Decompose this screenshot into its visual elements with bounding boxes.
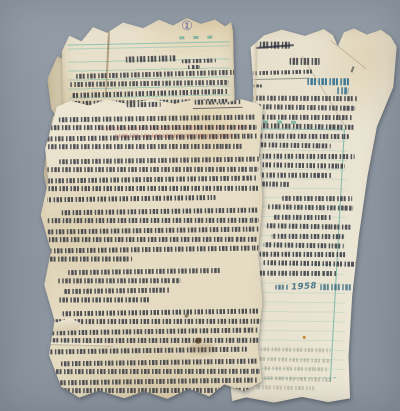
dense-manuscript-sheet xyxy=(37,91,268,411)
handwriting-paragraph xyxy=(259,251,359,280)
rust-stain xyxy=(303,336,306,339)
paper-crease xyxy=(330,40,367,69)
handwriting-paragraph xyxy=(264,195,354,252)
handwriting-dialog-lines xyxy=(48,268,220,307)
handwriting-paragraph xyxy=(49,359,260,408)
signature-line: 1958 xyxy=(275,282,354,293)
signature-flourish xyxy=(320,284,354,290)
page2-title-handwriting xyxy=(127,102,161,112)
handwriting-paragraph xyxy=(49,309,261,358)
signature-place-handwriting xyxy=(275,284,288,289)
handwriting-paragraph xyxy=(48,208,260,266)
page1-title-handwriting xyxy=(126,55,176,67)
circled-page-number: ① xyxy=(181,19,194,35)
handwriting-paragraph xyxy=(47,115,258,154)
author-name-blue-ink xyxy=(307,78,351,95)
signature-year: 1958 xyxy=(291,281,317,293)
photograph-of-manuscripts: ① 1958 xyxy=(0,0,400,411)
ink-tick-mark xyxy=(351,66,355,72)
handwriting-paragraph xyxy=(47,157,259,206)
manuscript-page-overlay xyxy=(38,92,266,410)
printed-date-marks xyxy=(179,35,221,55)
